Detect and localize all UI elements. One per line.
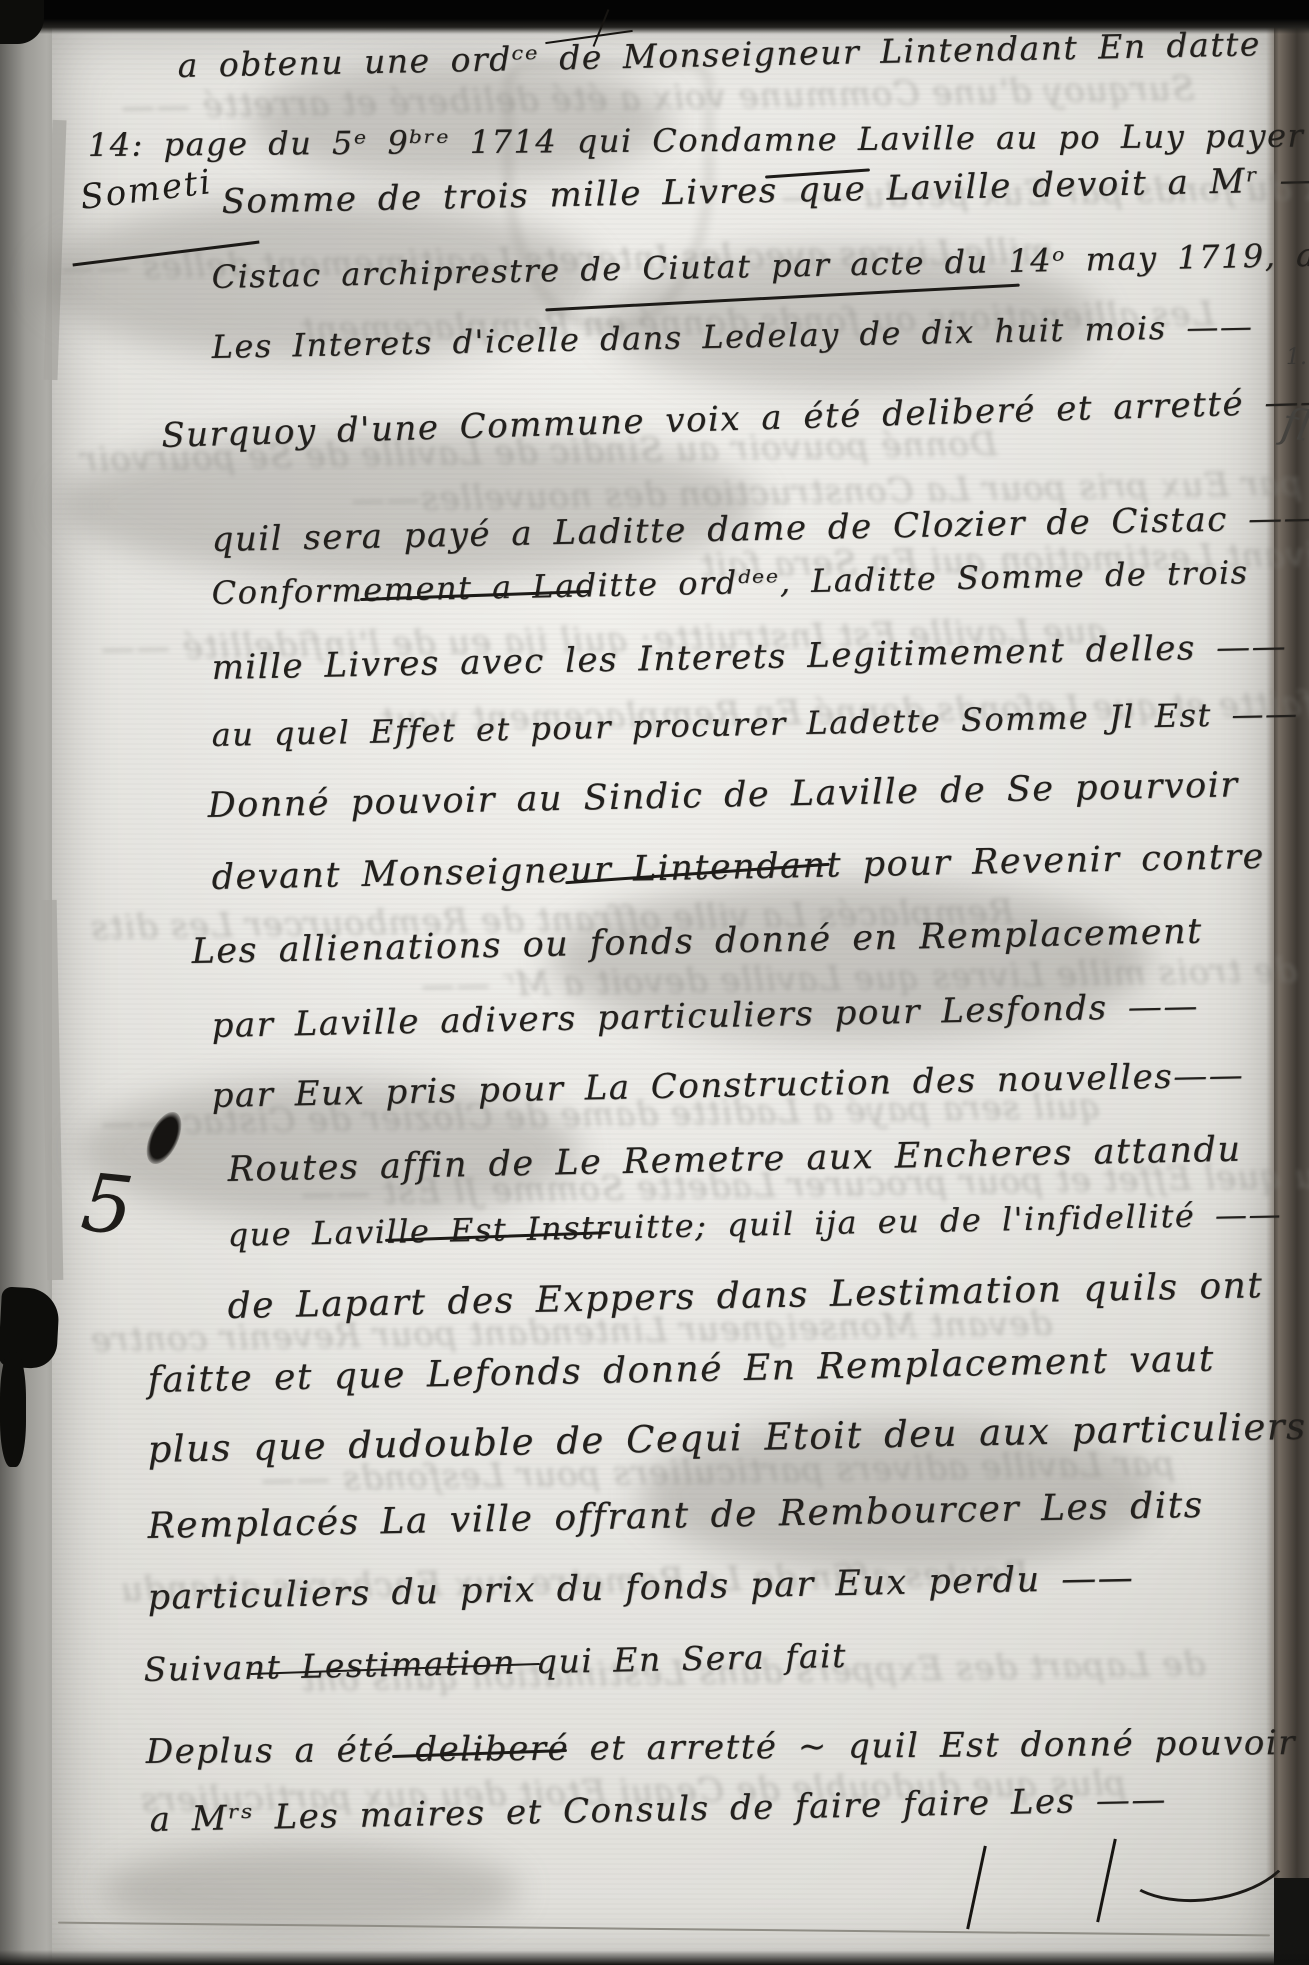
gutter-number: 1. bbox=[1286, 345, 1307, 370]
binding-gutter-right bbox=[1266, 20, 1309, 1878]
margin-number: 5 bbox=[77, 1156, 137, 1254]
stain bbox=[100, 1845, 520, 1935]
torn-gap bbox=[0, 1352, 26, 1467]
manuscript-scan: Surquoy d'une Commune voix a été deliber… bbox=[0, 0, 1309, 1965]
scan-bottom-shadow bbox=[0, 1950, 1309, 1965]
